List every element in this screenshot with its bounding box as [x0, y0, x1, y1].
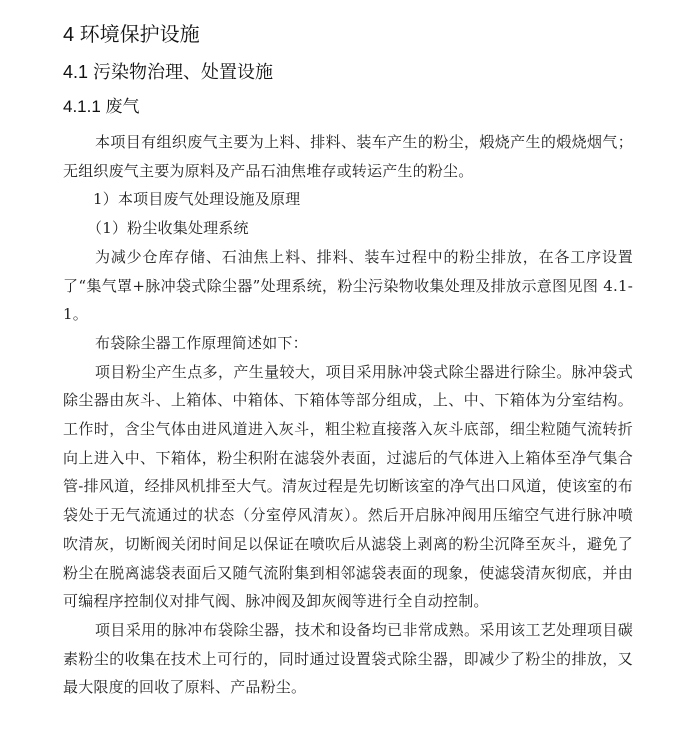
paragraph-principle-intro: 布袋除尘器工作原理简述如下： [63, 329, 633, 358]
paragraph-baghouse-principle: 项目粉尘产生点多，产生量较大，项目采用脉冲袋式除尘器进行除尘。脉冲袋式除尘器由灰… [63, 358, 633, 616]
document-body: 本项目有组织废气主要为上料、排料、装车产生的粉尘，煅烧产生的煅烧烟气；无组织废气… [63, 128, 633, 702]
heading-subsection: 4.1.1 废气 [63, 96, 140, 118]
paragraph-dust-collection: 为减少仓库存储、石油焦上料、排料、装车过程中的粉尘排放，在各工序设置了“集气罩+… [63, 243, 633, 329]
heading-section: 4.1 污染物治理、处置设施 [63, 60, 273, 84]
heading-chapter: 4 环境保护设施 [63, 22, 200, 48]
paragraph-conclusion: 项目采用的脉冲布袋除尘器，技术和设备均已非常成熟。采用该工艺处理项目碳素粉尘的收… [63, 616, 633, 702]
paragraph-dust-system-heading: （1）粉尘收集处理系统 [63, 214, 633, 243]
paragraph-waste-gas-overview: 本项目有组织废气主要为上料、排料、装车产生的粉尘，煅烧产生的煅烧烟气；无组织废气… [63, 128, 633, 185]
paragraph-treatment-facilities-heading: 1）本项目废气处理设施及原理 [63, 185, 633, 214]
